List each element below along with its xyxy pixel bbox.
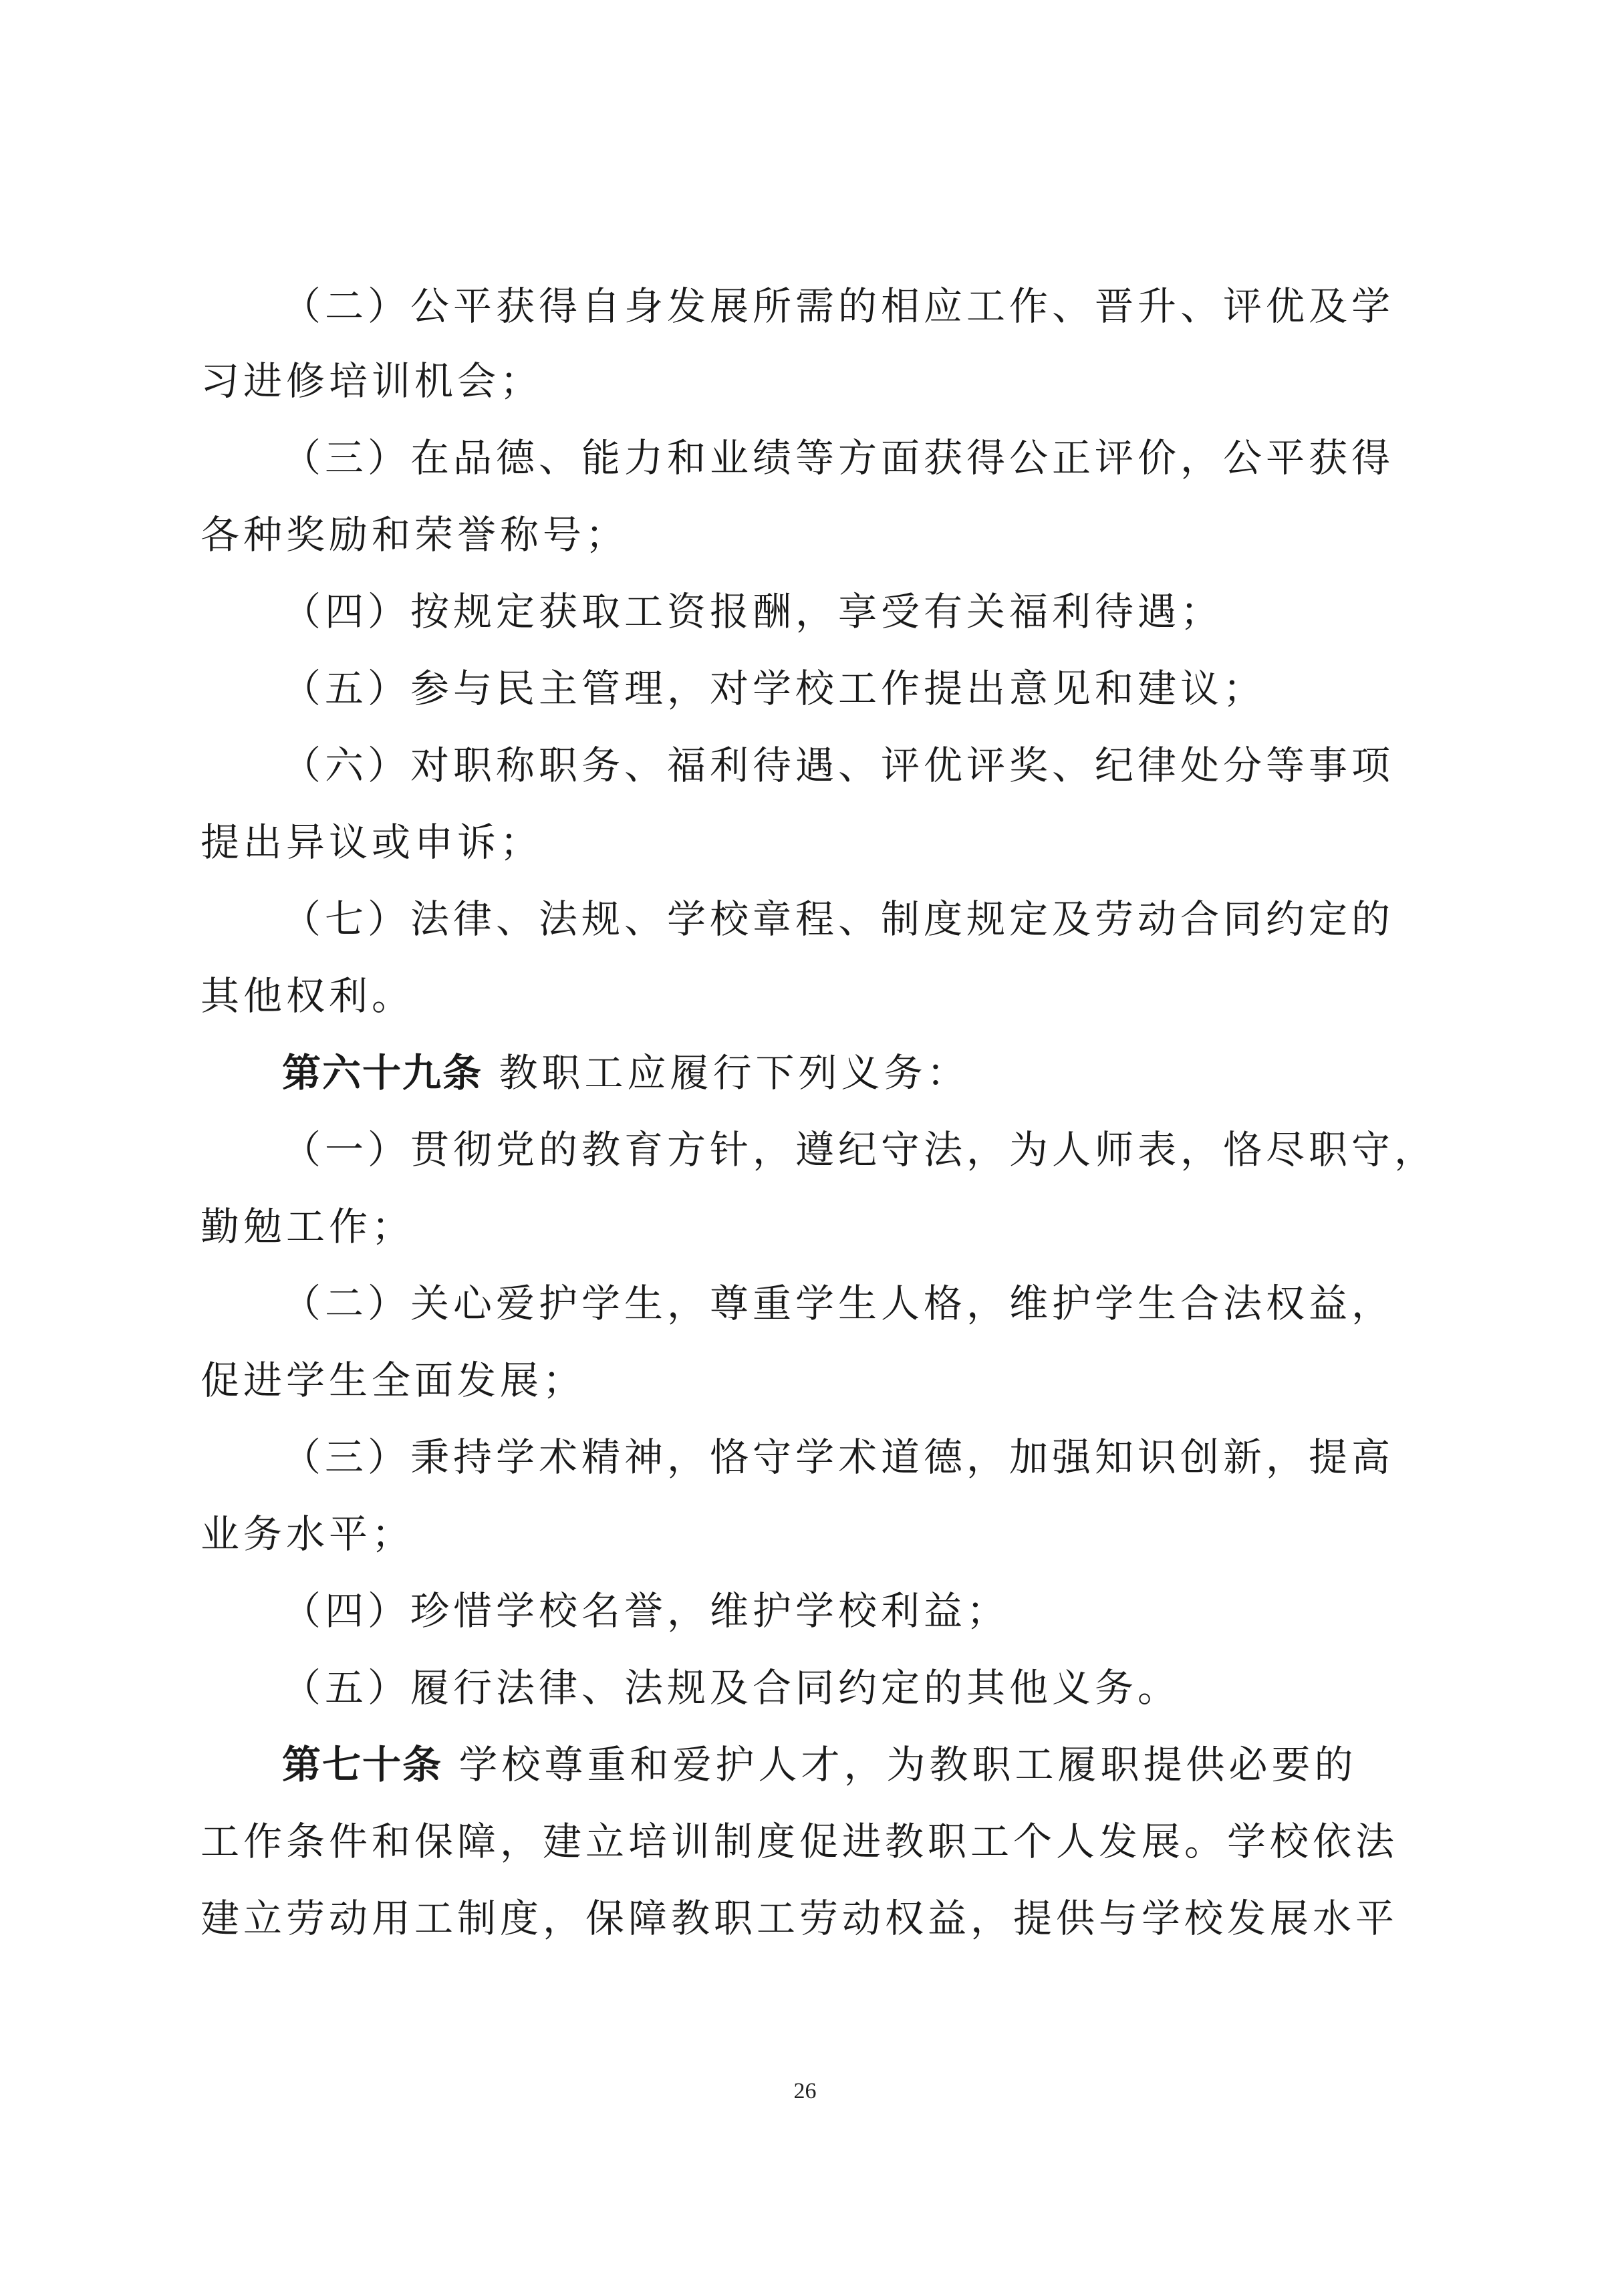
paragraph-line: （五）参与民主管理，对学校工作提出意见和建议； [282, 662, 1418, 715]
paragraph-line: 建立劳动用工制度，保障教职工劳动权益，提供与学校发展水平 [200, 1892, 1418, 1945]
paragraph-line: 各种奖励和荣誉称号； [200, 508, 1418, 561]
paragraph-line: （二）关心爱护学生，尊重学生人格，维护学生合法权益， [282, 1277, 1418, 1330]
article-number: 第七十条 [282, 1742, 442, 1787]
paragraph-line: （二）公平获得自身发展所需的相应工作、晋升、评优及学 [282, 279, 1418, 333]
paragraph-line: （六）对职称职务、福利待遇、评优评奖、纪律处分等事项 [282, 739, 1418, 792]
paragraph-line: 勤勉工作； [200, 1200, 1418, 1253]
article-70-heading-line: 第七十条 学校尊重和爱护人才，为教职工履职提供必要的 [282, 1738, 1418, 1791]
paragraph-line: （五）履行法律、法规及合同约定的其他义务。 [282, 1661, 1418, 1714]
paragraph-line: 业务水平； [200, 1507, 1418, 1561]
page-number: 26 [0, 2079, 1610, 2104]
paragraph-line: （四）珍惜学校名誉，维护学校利益； [282, 1584, 1418, 1638]
article-69-heading-line: 第六十九条 教职工应履行下列义务： [282, 1046, 1418, 1100]
paragraph-line: 促进学生全面发展； [200, 1354, 1418, 1407]
paragraph-line: 提出异议或申诉； [200, 815, 1418, 869]
paragraph-line: 其他权利。 [200, 969, 1418, 1023]
article-number: 第六十九条 [282, 1050, 483, 1096]
paragraph-line: 习进修培训机会； [200, 354, 1418, 408]
paragraph-line: （一）贯彻党的教育方针，遵纪守法，为人师表，恪尽职守， [282, 1123, 1418, 1176]
paragraph-line: （七）法律、法规、学校章程、制度规定及劳动合同约定的 [282, 892, 1418, 946]
paragraph-line: （三）在品德、能力和业绩等方面获得公正评价，公平获得 [282, 431, 1418, 485]
paragraph-line: （三）秉持学术精神，恪守学术道德，加强知识创新，提高 [282, 1430, 1418, 1484]
article-text: 学校尊重和爱护人才，为教职工履职提供必要的 [442, 1742, 1357, 1787]
paragraph-line: （四）按规定获取工资报酬，享受有关福利待遇； [282, 585, 1418, 638]
paragraph-line: 工作条件和保障，建立培训制度促进教职工个人发展。学校依法 [200, 1815, 1418, 1868]
article-text: 教职工应履行下列义务： [483, 1050, 969, 1096]
